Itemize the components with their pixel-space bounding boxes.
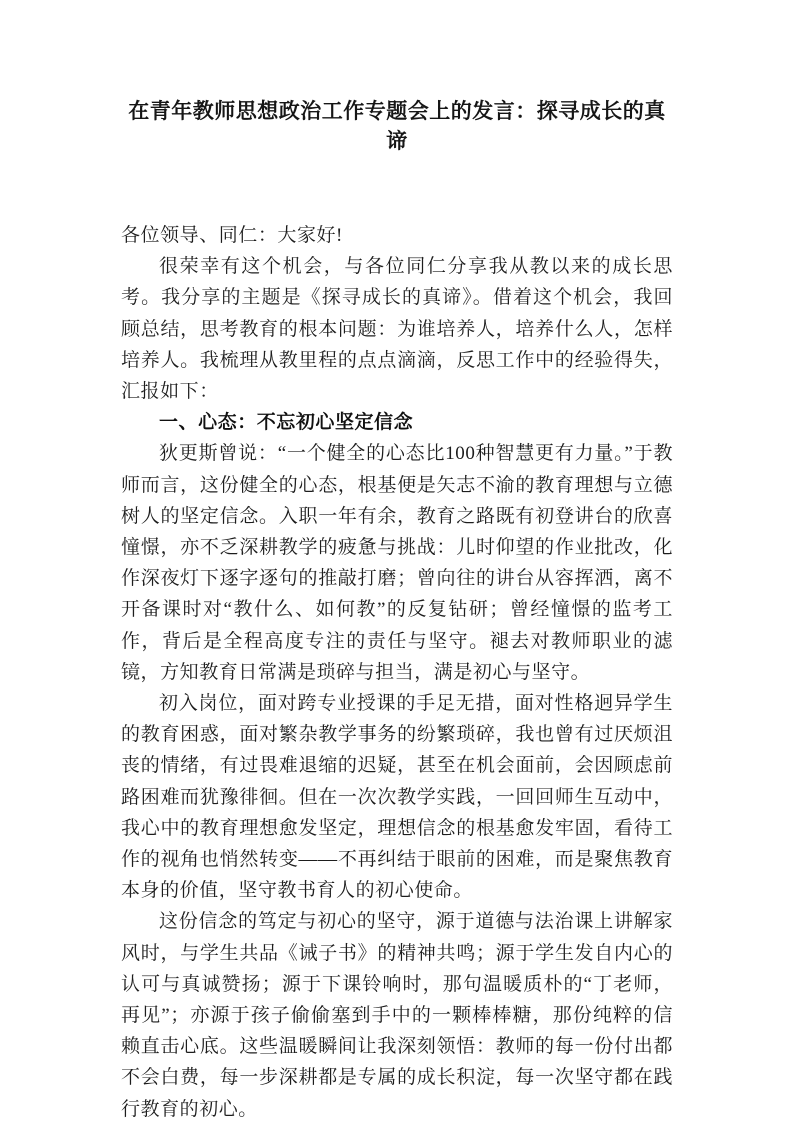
document-page: 在青年教师思想政治工作专题会上的发言：探寻成长的真谛 各位领导、同仁：大家好! … [0, 0, 793, 1122]
paragraph-intro: 很荣幸有这个机会，与各位同仁分享我从教以来的成长思考。我分享的主题是《探寻成长的… [121, 251, 673, 407]
paragraph-growth: 初入岗位，面对跨专业授课的手足无措，面对性格迥异学生的教育困惑，面对繁杂教学事务… [121, 688, 673, 906]
greeting-line: 各位领导、同仁：大家好! [121, 220, 673, 251]
section-heading-1: 一、心态：不忘初心坚定信念 [121, 407, 673, 438]
paragraph-belief: 这份信念的笃定与初心的坚守，源于道德与法治课上讲解家风时，与学生共品《诫子书》的… [121, 906, 673, 1122]
document-body: 各位领导、同仁：大家好! 很荣幸有这个机会，与各位同仁分享我从教以来的成长思考。… [121, 220, 673, 1122]
paragraph-mindset: 狄更斯曾说：“一个健全的心态比100种智慧更有力量。”于教师而言，这份健全的心态… [121, 438, 673, 688]
document-title: 在青年教师思想政治工作专题会上的发言：探寻成长的真谛 [121, 96, 673, 156]
